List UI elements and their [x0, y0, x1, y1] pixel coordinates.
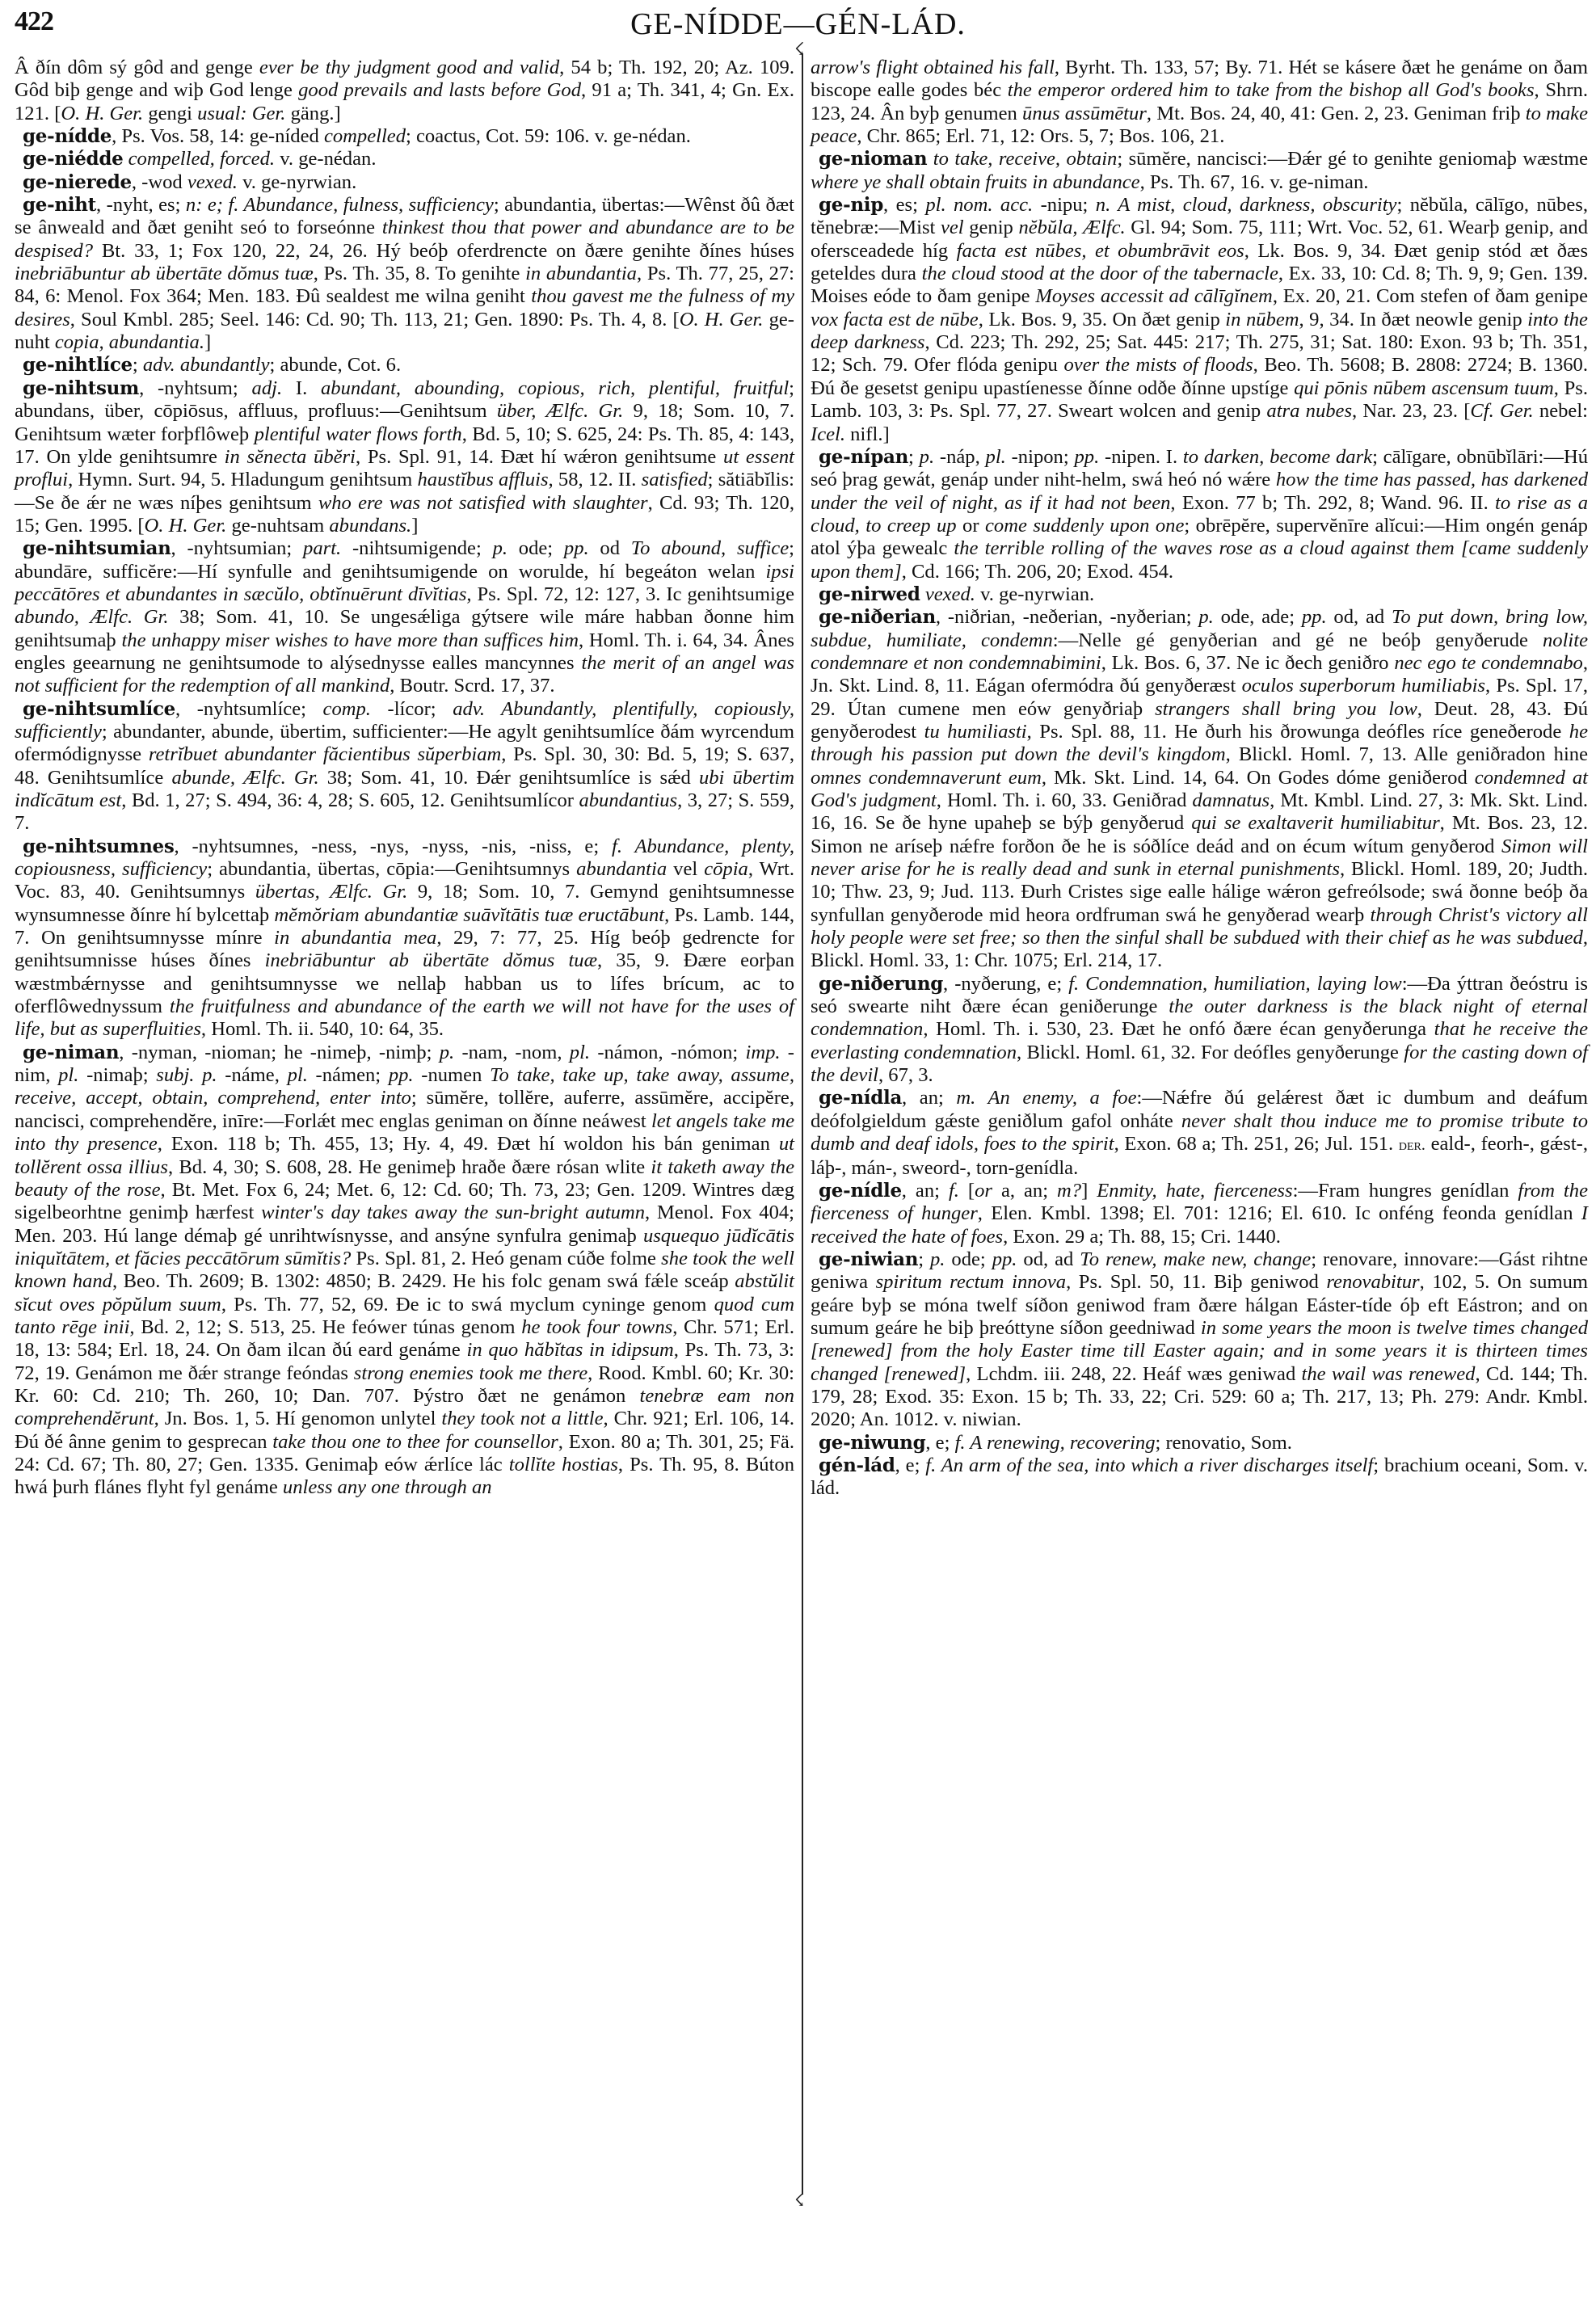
- gloss-italic: p.: [920, 446, 934, 468]
- entry-text: ge-nuhtsam: [226, 515, 329, 537]
- entry-text: , -nyht, es;: [96, 194, 186, 216]
- headword: ge-nirwed: [819, 583, 920, 605]
- gloss-italic: p.: [493, 537, 507, 559]
- column-divider: [802, 53, 803, 2195]
- entry-text: ode;: [945, 1248, 992, 1270]
- entry-text: , Jn. Bos. 1, 5. Hí genomon unlytel: [154, 1408, 442, 1429]
- gloss-italic: to take, receive, obtain: [933, 148, 1118, 170]
- entry-text: , Beo. Th. 2609; B. 1302: 4850; B. 2429.…: [112, 1270, 735, 1292]
- gloss-italic: he took four towns: [521, 1316, 672, 1338]
- gloss-italic: vexed.: [187, 171, 238, 193]
- gloss-italic: tu humiliasti: [924, 721, 1027, 743]
- left-column: Â ðín dôm sý gôd and genge ever be thy j…: [15, 57, 794, 1500]
- entry-continuation: Â ðín dôm sý gôd and genge ever be thy j…: [15, 57, 794, 125]
- entry-text: nifl.]: [845, 423, 890, 445]
- entry-text: , Exon. 68 a; Th. 251, 26; Jul. 151.: [1114, 1133, 1399, 1155]
- gloss-italic: qui se exaltaverit humiliabitur: [1191, 812, 1439, 834]
- gloss-italic: über, Ælfc. Gr.: [497, 400, 623, 422]
- dictionary-entry: ge-niðerung, -nyðerung, e; f. Condemnati…: [811, 973, 1588, 1088]
- entry-text: , Lk. Bos. 6, 37. Ne ic ðech geniðro: [1101, 652, 1395, 674]
- gloss-italic: O. H. Ger.: [680, 309, 764, 330]
- gloss-italic: abundant, abounding, copious, rich, plen…: [321, 377, 789, 399]
- gloss-italic: pl.: [570, 1042, 590, 1063]
- entry-text: , 9, 34. In ðæt neowle genip: [1299, 309, 1528, 330]
- entry-text: , -wod: [132, 171, 187, 193]
- entry-text: , Lk. Bos. 9, 35. On ðæt genip: [979, 309, 1226, 330]
- gloss-italic: nec ego te condemnabo: [1394, 652, 1583, 674]
- gloss-italic: abundo, Ælfc. Gr.: [15, 606, 168, 628]
- gloss-italic: O. H. Ger.: [145, 515, 227, 537]
- small-caps-label: der.: [1399, 1136, 1425, 1154]
- gloss-italic: To renew, make new, change: [1080, 1248, 1311, 1270]
- gloss-italic: damnatus: [1192, 789, 1270, 811]
- entry-text: , -nyhtsumlíce;: [175, 698, 323, 720]
- headword: ge-nierede: [23, 171, 132, 193]
- gloss-italic: pp.: [1074, 446, 1099, 468]
- dictionary-entry: ge-niman, -nyman, -nioman; he -nimeþ, -n…: [15, 1042, 794, 1500]
- dictionary-entry: ge-nídle, an; f. [or a, an; m?] Enmity, …: [811, 1180, 1588, 1248]
- gloss-italic: compelled, forced.: [128, 148, 275, 170]
- dictionary-entry: ge-niht, -nyht, es; n: e; f. Abundance, …: [15, 194, 794, 354]
- entry-text: , Ps. Spl. 88, 11. He ðurh his ðrowunga …: [1027, 721, 1569, 743]
- entry-text: , an;: [902, 1180, 949, 1202]
- gloss-italic: Cf. Ger.: [1470, 400, 1533, 422]
- gloss-italic: ever be thy judgment good and valid: [259, 57, 559, 78]
- gloss-italic: haustĭbus affluis: [417, 469, 548, 490]
- entry-text: , Ps. Th. 35, 8. To genihte: [314, 263, 525, 284]
- gloss-italic: inebriābuntur ab übertāte dŏmus tuæ: [265, 949, 597, 971]
- entry-text: , -nyman, -nioman; he -nimeþ, -nimþ;: [119, 1042, 439, 1063]
- entry-text: 38; Som. 41, 10. Ðǽr genihtsumlíce is sǽ…: [319, 767, 699, 789]
- gloss-italic: good prevails and lasts before God: [298, 79, 581, 101]
- gloss-italic: part.: [303, 537, 341, 559]
- entry-text: -náme,: [217, 1064, 288, 1086]
- entry-text: , e;: [925, 1432, 954, 1454]
- gloss-italic: Enmity, hate, fierceness: [1097, 1180, 1292, 1202]
- entry-text: , -niðrian, -neðerian, -nyðerian;: [936, 606, 1198, 628]
- gloss-italic: the unhappy miser wishes to have more th…: [121, 629, 579, 651]
- entry-text: I.: [282, 377, 321, 399]
- divider-ornament-top-icon: ☇: [794, 40, 805, 58]
- headword: ge-nihtsumlíce: [23, 698, 175, 720]
- entry-text: , Boutr. Scrd. 17, 37.: [390, 675, 554, 697]
- entry-text: , Exon. 118 b; Th. 455, 13; Hy. 4, 49. Ð…: [158, 1133, 779, 1155]
- gloss-italic: f.: [949, 1180, 959, 1202]
- entry-text: Bt. 33, 1; Fox 120, 22, 24, 26. Hý beóþ …: [93, 240, 794, 262]
- entry-text: ;: [918, 1248, 930, 1270]
- dictionary-entry: ge-nídla, an; m. An enemy, a foe:—Nǽfre …: [811, 1087, 1588, 1179]
- gloss-italic: the wail was renewed: [1302, 1363, 1476, 1385]
- entry-text: [: [959, 1180, 975, 1202]
- entry-text: , Bd. 1, 27; S. 494, 36: 4, 28; S. 605, …: [121, 789, 579, 811]
- gloss-italic: pp.: [389, 1064, 414, 1086]
- dictionary-entry: ge-niédde compelled, forced. v. ge-nédan…: [15, 148, 794, 170]
- dictionary-entry: ge-nihtsumnes, -nyhtsumnes, -ness, -nys,…: [15, 836, 794, 1042]
- entry-text: v. ge-nyrwian.: [975, 583, 1094, 605]
- entry-text: , Exon. 77 b; Th. 292, 8; Wand. 96. II.: [1170, 492, 1495, 514]
- gloss-italic: pp.: [1302, 606, 1327, 628]
- entry-text: a, an;: [992, 1180, 1057, 1202]
- gloss-italic: n: e; f. Abundance, fulness, sufficiency: [186, 194, 494, 216]
- entry-text: , Homl. Th. ii. 540, 10: 64, 35.: [201, 1018, 444, 1040]
- entry-text: nebel:: [1534, 400, 1588, 422]
- entry-text: , Bd. 4, 30; S. 608, 28. He genimeþ hrað…: [168, 1156, 651, 1178]
- headword: ge-nioman: [819, 148, 927, 170]
- headword: ge-niðerung: [819, 973, 943, 995]
- entry-text: od: [589, 537, 631, 559]
- gloss-italic: atra nubes: [1266, 400, 1352, 422]
- gloss-italic: imp.: [745, 1042, 780, 1063]
- entry-text: , Mt. Bos. 24, 40, 41: Gen. 2, 23. Genim…: [1147, 103, 1526, 124]
- entry-text: od, ad: [1327, 606, 1392, 628]
- entry-text: , Cd. 166; Th. 206, 20; Exod. 454.: [902, 561, 1173, 583]
- entry-text: , Ps. Th. 77, 52, 69. Ðe ic to swá myclu…: [221, 1294, 714, 1315]
- entry-text: , Blickl. Homl. 7, 13. Alle geniðradon h…: [1226, 743, 1588, 765]
- entry-text: ode;: [507, 537, 564, 559]
- gloss-italic: cōpia: [704, 858, 748, 880]
- entry-text: , an;: [902, 1087, 956, 1109]
- headword: ge-nihtlíce: [23, 354, 133, 376]
- gloss-italic: tollĭte hostias: [509, 1454, 618, 1475]
- entry-text: :—Fram hungres genídlan: [1293, 1180, 1518, 1202]
- entry-text: -numen: [414, 1064, 491, 1086]
- gloss-italic: plentiful water flows forth: [255, 423, 462, 445]
- entry-text: Â ðín dôm sý gôd and genge: [15, 57, 259, 78]
- gloss-italic: facta est nūbes, et obumbrāvit eos: [957, 240, 1244, 262]
- entry-text: v. ge-nyrwian.: [238, 171, 356, 193]
- gloss-italic: adj.: [252, 377, 283, 399]
- entry-text: -nihtsumigende;: [341, 537, 492, 559]
- entry-text: , Ps. Spl. 72, 12: 127, 3. Ic genihtsumi…: [466, 583, 794, 605]
- gloss-italic: in nūbem: [1225, 309, 1299, 330]
- headword: ge-nip: [819, 194, 883, 216]
- gloss-italic: O. H. Ger.: [61, 103, 143, 124]
- gloss-italic: f. Condemnation, humiliation, laying low: [1068, 973, 1402, 995]
- gloss-italic: in abundantia mea: [274, 927, 436, 949]
- entry-text: gengi: [143, 103, 197, 124]
- gloss-italic: the cloud stood at the door of the taber…: [922, 263, 1278, 284]
- entry-text: gäng.]: [285, 103, 340, 124]
- gloss-italic: omnes condemnaverunt eum: [811, 767, 1042, 789]
- gloss-italic: copia, abundantia.: [55, 331, 204, 353]
- entry-text: , Ps. Spl. 91, 14. Ðæt hí wǽron genihtsu…: [356, 446, 723, 468]
- gloss-italic: m?: [1057, 1180, 1081, 1202]
- gloss-italic: mĕmŏriam abundantiæ suāvĭtātis tuæ eruct…: [274, 904, 664, 926]
- gloss-italic: to darken, become dark: [1183, 446, 1372, 468]
- dictionary-entry: ge-niðerian, -niðrian, -neðerian, -nyðer…: [811, 606, 1588, 973]
- gloss-italic: adv. abundantly: [143, 354, 270, 376]
- entry-text: ode, ade;: [1214, 606, 1302, 628]
- headword: ge-nihtsumnes: [23, 836, 174, 857]
- gloss-italic: n. A mist, cloud, darkness, obscurity: [1096, 194, 1397, 216]
- gloss-italic: satisfied: [642, 469, 708, 490]
- dictionary-entry: ge-nípan; p. -náp, pl. -nipon; pp. -nipe…: [811, 446, 1588, 583]
- running-head: GE-NÍDDE—GÉN-LÁD.: [0, 6, 1596, 42]
- gloss-italic: p.: [440, 1042, 454, 1063]
- entry-text: vel: [667, 858, 704, 880]
- gloss-italic: over the mists of floods: [1063, 354, 1253, 376]
- entry-text: , Homl. Th. i. 60, 33. Geniðrad: [937, 789, 1193, 811]
- entry-text: , Nar. 23, 23. [: [1352, 400, 1470, 422]
- headword: ge-nídle: [819, 1180, 902, 1202]
- dictionary-entry: gén-lád, e; f. An arm of the sea, into w…: [811, 1454, 1588, 1501]
- entry-text: [927, 148, 933, 170]
- gloss-italic: f. An arm of the sea, into which a river…: [925, 1454, 1373, 1476]
- gloss-italic: strong enemies took me there: [354, 1362, 587, 1384]
- entry-text: -nipen. I.: [1099, 446, 1183, 468]
- gloss-italic: qui pōnis nūbem ascensum tuum: [1294, 377, 1554, 399]
- entry-text: ]: [411, 515, 418, 537]
- gloss-italic: nĕbŭla, Ælfc.: [1018, 217, 1125, 238]
- gloss-italic: abundantia: [576, 858, 667, 880]
- entry-text: -nam, -nom,: [454, 1042, 570, 1063]
- entry-text: ; coactus, Cot. 59: 106. v. ge-nédan.: [406, 125, 691, 147]
- gloss-italic: arrow's flight obtained his fall: [811, 57, 1055, 78]
- dictionary-entry: ge-niwung, e; f. A renewing, recovering;…: [811, 1432, 1588, 1454]
- entry-text: , Ps. Spl. 50, 11. Biþ geniwod: [1066, 1271, 1326, 1293]
- entry-text: , Hymn. Surt. 94, 5. Hladungum genihtsum: [68, 469, 417, 490]
- gloss-italic: strangers shall bring you low: [1155, 698, 1417, 720]
- gloss-italic: Moyses accessit ad cālīgĭnem: [1035, 285, 1272, 307]
- entry-text: , e;: [895, 1454, 926, 1476]
- entry-text: , Soul Kmbl. 285; Seel. 146: Cd. 90; Th.…: [70, 309, 680, 330]
- entry-text: ; sūmĕre, nancisci:—Ðǽr gé to genihte ge…: [1117, 148, 1588, 170]
- entry-text: , 67, 3.: [878, 1064, 933, 1086]
- entry-text: , Homl. Th. i. 530, 23. Ðæt he onfó ðære…: [923, 1018, 1434, 1040]
- entry-text: -lícor;: [371, 698, 453, 720]
- entry-text: , Ps. Th. 67, 16. v. ge-niman.: [1140, 171, 1369, 193]
- gloss-italic: pl.: [986, 446, 1006, 468]
- entry-text: , es;: [883, 194, 925, 216]
- gloss-italic: compelled: [324, 125, 406, 147]
- headword: ge-niðerian: [819, 606, 936, 628]
- gloss-italic: in quo hăbĭtas in idipsum: [467, 1339, 674, 1361]
- gloss-italic: vox facta est de nūbe: [811, 309, 979, 330]
- headword: ge-niwian: [819, 1248, 918, 1270]
- gloss-italic: usual: Ger.: [197, 103, 285, 124]
- entry-text: or: [957, 515, 985, 537]
- entry-text: ;: [133, 354, 143, 376]
- gloss-italic: f. A renewing, recovering: [955, 1432, 1156, 1454]
- gloss-italic: abunde, Ælfc. Gr.: [171, 767, 318, 789]
- gloss-italic: pp.: [992, 1248, 1017, 1270]
- dictionary-entry: ge-nip, es; pl. nom. acc. -nipu; n. A mi…: [811, 194, 1588, 446]
- headword: ge-niman: [23, 1042, 119, 1063]
- dictionary-entry: ge-nihtsumian, -nyhtsumian; part. -nihts…: [15, 537, 794, 697]
- dictionary-entry: ge-nídde, Ps. Vos. 58, 14: ge-níded comp…: [15, 125, 794, 148]
- gloss-italic: winter's day takes away the sun-bright a…: [261, 1202, 645, 1223]
- gloss-italic: ūnus assūmētur: [1022, 103, 1147, 124]
- gloss-italic: in sĕnecta ūbĕri: [225, 446, 356, 468]
- headword: ge-nídde: [23, 125, 112, 147]
- entry-text: -námon, -nómon;: [590, 1042, 745, 1063]
- gloss-italic: vexed.: [925, 583, 975, 605]
- entry-continuation: arrow's flight obtained his fall, Byrht.…: [811, 57, 1588, 148]
- gloss-italic: pl. nom. acc.: [925, 194, 1033, 216]
- gloss-italic: p.: [930, 1248, 945, 1270]
- entry-text: -nimaþ;: [78, 1064, 156, 1086]
- gloss-italic: subj. p.: [156, 1064, 217, 1086]
- entry-text: od, ad: [1017, 1248, 1080, 1270]
- entry-text: -nipu;: [1033, 194, 1096, 216]
- headword: ge-nípan: [819, 446, 908, 468]
- gloss-italic: abundans.: [329, 515, 411, 537]
- headword: ge-niédde: [23, 148, 123, 170]
- gloss-italic: unless any one through an: [283, 1476, 492, 1498]
- dictionary-entry: ge-nihtsum, -nyhtsum; adj. I. abundant, …: [15, 377, 794, 537]
- entry-text: , 58, 12. II.: [549, 469, 642, 490]
- gloss-italic: übertas, Ælfc. Gr.: [255, 881, 407, 903]
- dictionary-entry: ge-nioman to take, receive, obtain; sūmĕ…: [811, 148, 1588, 194]
- gloss-italic: oculos superborum humiliabis: [1242, 675, 1485, 697]
- right-column: arrow's flight obtained his fall, Byrht.…: [811, 57, 1588, 1501]
- entry-text: ; renovatio, Som.: [1156, 1432, 1292, 1454]
- entry-text: ;: [908, 446, 920, 468]
- entry-text: -nipon;: [1006, 446, 1075, 468]
- gloss-italic: take thou one to thee for counsellor: [272, 1431, 558, 1453]
- dictionary-entry: ge-nihtsumlíce, -nyhtsumlíce; comp. -líc…: [15, 698, 794, 836]
- entry-text: , Bd. 2, 12; S. 513, 25. He feówer túnas…: [129, 1316, 521, 1338]
- headword: ge-nihtsumian: [23, 537, 171, 559]
- gloss-italic: abundantius: [579, 789, 677, 811]
- entry-text: , Elen. Kmbl. 1398; El. 701: 1216; El. 6…: [978, 1202, 1581, 1224]
- entry-text: v. ge-nédan.: [275, 148, 376, 170]
- headword: ge-niwung: [819, 1432, 925, 1454]
- entry-text: , -nyhtsumian;: [171, 537, 303, 559]
- entry-text: , Ps. Vos. 58, 14: ge-níded: [112, 125, 324, 147]
- dictionary-entry: ge-nierede, -wod vexed. v. ge-nyrwian.: [15, 171, 794, 194]
- entry-text: , -nyhtsum;: [139, 377, 251, 399]
- entry-text: , -nyhtsumnes, -ness, -nys, -nyss, -nis,…: [174, 836, 612, 857]
- entry-text: , Ex. 20, 21. Com stefen of ðam genipe: [1273, 285, 1588, 307]
- entry-text: genip: [964, 217, 1019, 238]
- gloss-italic: retrĭbuet abundanter făcientibus sŭperbi…: [149, 743, 501, 765]
- gloss-italic: come suddenly upon one: [985, 515, 1184, 537]
- headword: gén-lád: [819, 1454, 895, 1476]
- entry-text: , Blickl. Homl. 61, 32. For deófles geny…: [1017, 1042, 1404, 1063]
- dictionary-entry: ge-nirwed vexed. v. ge-nyrwian.: [811, 583, 1588, 606]
- gloss-italic: pp.: [564, 537, 589, 559]
- gloss-italic: inebriābuntur ab übertāte dŏmus tuæ: [15, 263, 314, 284]
- gloss-italic: pl.: [58, 1064, 78, 1086]
- entry-text: ]: [1081, 1180, 1097, 1202]
- gloss-italic: To abound, suffice: [631, 537, 789, 559]
- entry-text: , Lchdm. iii. 248, 22. Heáf wæs geniwad: [966, 1363, 1301, 1385]
- divider-ornament-bottom-icon: ☇: [794, 2191, 805, 2209]
- entry-text: , Chr. 865; Erl. 71, 12: Ors. 5, 7; Bos.…: [857, 125, 1224, 147]
- gloss-italic: m. An enemy, a foe: [956, 1087, 1136, 1109]
- headword: ge-nídla: [819, 1087, 902, 1109]
- entry-text: :—Nelle gé genyðerian and gé ne beóþ gen…: [1053, 629, 1543, 651]
- gloss-italic: in abundantia: [525, 263, 637, 284]
- entry-text: Ps. Spl. 81, 2. Heó genam cúðe folme: [351, 1248, 661, 1269]
- entry-text: ]: [204, 331, 211, 353]
- entry-text: , -nyðerung, e;: [943, 973, 1068, 995]
- entry-text: -náp,: [934, 446, 985, 468]
- gloss-italic: pl.: [288, 1064, 308, 1086]
- gloss-italic: or: [975, 1180, 992, 1202]
- gloss-italic: who ere was not satisfied with slaughter: [318, 492, 648, 514]
- entry-text: ; abunde, Cot. 6.: [270, 354, 402, 376]
- gloss-italic: where ye shall obtain fruits in abundanc…: [811, 171, 1140, 193]
- gloss-italic: the emperor ordered him to take from the…: [1008, 79, 1535, 101]
- entry-text: -námen;: [308, 1064, 389, 1086]
- gloss-italic: p.: [1198, 606, 1213, 628]
- gloss-italic: Icel.: [811, 423, 845, 445]
- gloss-italic: they took not a little: [441, 1408, 603, 1429]
- gloss-italic: vel: [941, 217, 964, 238]
- dictionary-entry: ge-niwian; p. ode; pp. od, ad To renew, …: [811, 1248, 1588, 1432]
- headword: ge-niht: [23, 194, 96, 216]
- gloss-italic: spiritum rectum innova: [876, 1271, 1066, 1293]
- gloss-italic: comp.: [323, 698, 371, 720]
- entry-text: ; abundantia, übertas, cōpia:—Genihtsumn…: [207, 858, 576, 880]
- headword: ge-nihtsum: [23, 377, 139, 399]
- gloss-italic: renovabitur: [1326, 1271, 1419, 1293]
- entry-text: , Exon. 29 a; Th. 88, 15; Cri. 1440.: [1003, 1226, 1281, 1248]
- entry-text: , Mk. Skt. Lind. 14, 64. On Godes dóme g…: [1042, 767, 1475, 789]
- dictionary-entry: ge-nihtlíce; adv. abundantly; abunde, Co…: [15, 354, 794, 377]
